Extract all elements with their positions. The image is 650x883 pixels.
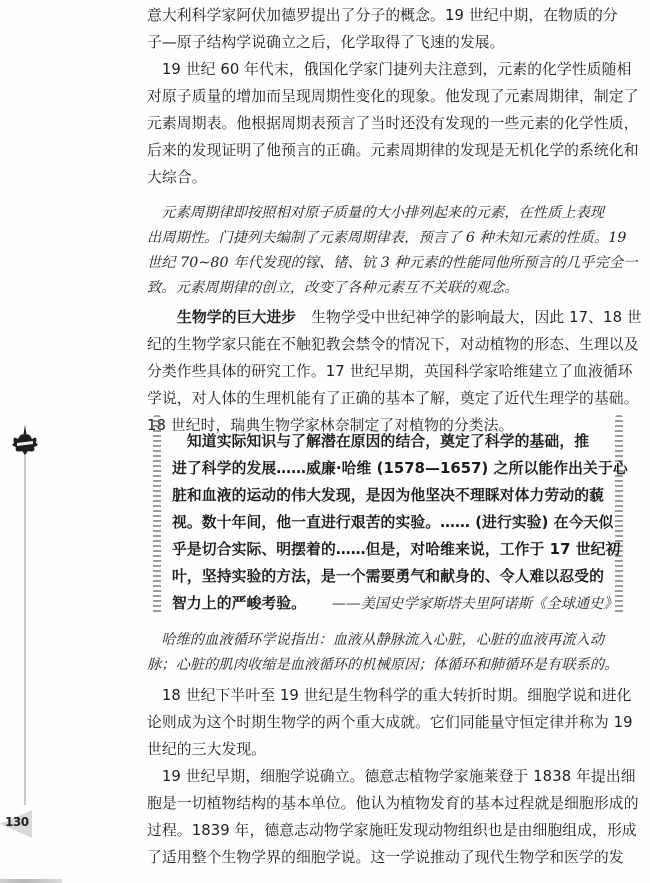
note-1-line-2: 出周期性。门捷列夫编制了元素周期律表，预言了 6 种未知元素的性质。19 [147, 228, 627, 248]
paragraph-5-line-4: 了适用整个生物学界的细胞学说。这一学说推动了现代生物学和医学的发 [147, 848, 624, 868]
paragraph-2-line-3: 元素周期表。他根据周期表预言了当时还没有发现的一些元素的化学性质， [147, 114, 639, 134]
paragraph-1-line-1: 意大利科学家阿伏加德罗提出了分子的概念。19 世纪中期，在物质的分 [147, 6, 618, 26]
paragraph-5-line-3: 过程。1839 年，德意志动物学家施旺发现动物组织也是由细胞组成，形成 [147, 821, 637, 841]
paragraph-5-line-2: 胞是一切植物结构的基本单位。他认为植物发育的基本过程就是细胞形成的 [147, 794, 639, 814]
paragraph-4-line-2: 论则成为这个时期生物学的两个重大成就。它们同能量守恒定律并称为 19 [147, 713, 633, 733]
note-2-line-2: 脉；心脏的肌肉收缩是血液循环的机械原因；体循环和肺循环是有联系的。 [147, 655, 619, 675]
paragraph-4-line-1: 18 世纪下半叶至 19 世纪是生物科学的重大转折时期。细胞学说和进化 [147, 686, 631, 706]
margin-rule [24, 440, 26, 805]
paragraph-2-line-5: 大综合。 [147, 168, 207, 188]
paragraph-2-line-2: 对原子质量的增加而呈现周期性变化的现象。他发现了元素周期律，制定了 [147, 87, 639, 107]
quote-line-4: 视。数十年间，他一直进行艰苦的实验。…… (进行实验) 在今天似 [172, 513, 613, 533]
paragraph-4-line-3: 世纪的三大发现。 [147, 740, 266, 760]
quote-line-2: 进了科学的发展……威廉·哈维 (1578—1657) 之所以能作出关于心 [172, 459, 628, 479]
note-1-line-3: 世纪 70~80 年代发现的镓、锗、钪 3 种元素的性能同他所预言的几乎完全一 [147, 253, 637, 273]
tree-emblem-icon [8, 425, 42, 457]
textbook-page: 意大利科学家阿伏加德罗提出了分子的概念。19 世纪中期，在物质的分 子—原子结构… [0, 0, 650, 883]
paragraph-3-line-1: 生物学的巨大进步 生物学受中世纪神学的影响最大，因此 17、18 世 [147, 308, 642, 328]
quote-line-5: 乎是切合实际、明摆着的……但是，对哈维来说，工作于 17 世纪初 [172, 540, 620, 560]
quote-line-1: 知道实际知识与了解潜在原因的结合，奠定了科学的基础，推 [172, 432, 589, 452]
page-number: 130 [5, 815, 29, 829]
paragraph-3-line-4: 学说，对人体的生理机能有了正确的基本了解，奠定了近代生理学的基础。 [147, 389, 639, 409]
paragraph-2-line-4: 后来的发现证明了他预言的正确。元素周期律的发现是无机化学的系统化和 [147, 141, 639, 161]
quote-line-6: 叶，坚持实验的方法，是一个需要勇气和献身的、令人难以忍受的 [172, 567, 604, 587]
scan-edge [0, 879, 62, 883]
paragraph-3-line-3: 分类作些具体的研究工作。17 世纪早期，英国科学家哈维建立了血液循环 [147, 362, 633, 382]
quote-line-7: 智力上的严峻考验。 [172, 594, 306, 614]
note-1-line-1: 元素周期律即按照相对原子质量的大小排列起来的元素，在性质上表现 [147, 203, 604, 223]
paragraph-5-line-1: 19 世纪早期，细胞学说确立。德意志植物学家施莱登于 1838 年提出细 [147, 767, 636, 787]
quote-line-3: 脏和血液的运动的伟大发现，是因为他坚决不理睬对体力劳动的藐 [172, 486, 604, 506]
paragraph-3-line-2: 纪的生物学家只能在不触犯教会禁令的情况下，对动植物的形态、生理以及 [147, 335, 639, 355]
paragraph-3-line-1-text: 生物学受中世纪神学的影响最大，因此 17、18 世 [296, 309, 642, 326]
paragraph-1-line-2: 子—原子结构学说确立之后，化学取得了飞速的发展。 [147, 33, 505, 53]
quote-attribution: ——美国史学家斯塔夫里阿诺斯《全球通史》 [332, 594, 618, 614]
section-heading-biology: 生物学的巨大进步 [177, 309, 296, 326]
quote-border-left [153, 415, 161, 615]
paragraph-2-line-1: 19 世纪 60 年代末，俄国化学家门捷列夫注意到，元素的化学性质随相 [147, 60, 631, 80]
page-number-badge: 130 [0, 810, 32, 838]
note-1-line-4: 致。元素周期律的创立，改变了各种元素互不关联的观念。 [147, 278, 518, 298]
quote-border-right [615, 415, 623, 615]
note-2-line-1: 哈维的血液循环学说指出：血液从静脉流入心脏，心脏的血液再流入动 [147, 630, 604, 650]
